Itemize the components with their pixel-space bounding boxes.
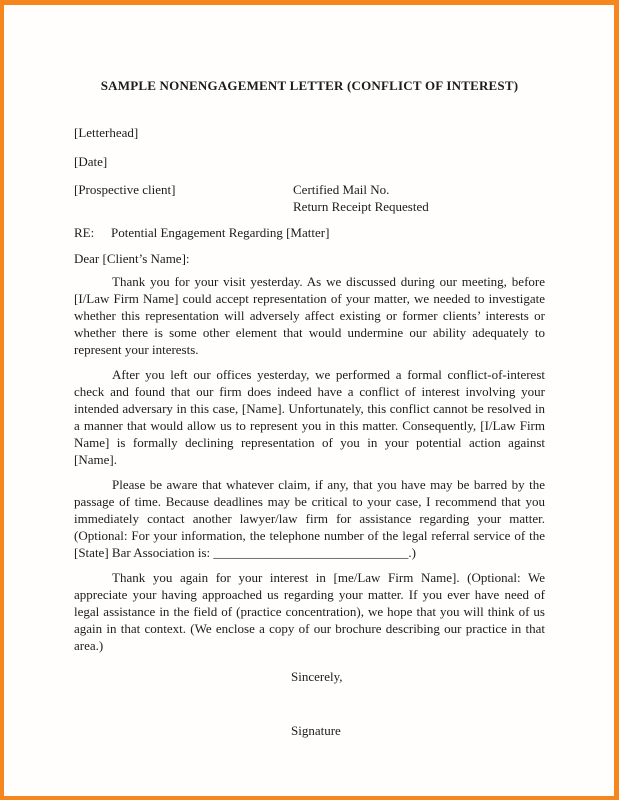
closing-sincerely: Sincerely, — [291, 668, 545, 685]
return-receipt-line: Return Receipt Requested — [293, 198, 545, 215]
letter-page: SAMPLE NONENGAGEMENT LETTER (CONFLICT OF… — [4, 5, 614, 796]
closing-block: Sincerely, Signature — [291, 668, 545, 739]
date-placeholder: [Date] — [74, 153, 545, 170]
body-paragraph: After you left our offices yesterday, we… — [74, 366, 545, 468]
body-paragraph: Please be aware that whatever claim, if … — [74, 476, 545, 561]
recipient-placeholder: [Prospective client] — [74, 181, 175, 198]
body-paragraph: Thank you for your visit yesterday. As w… — [74, 273, 545, 358]
re-subject: Potential Engagement Regarding [Matter] — [111, 224, 329, 241]
re-label: RE: — [74, 224, 111, 241]
salutation: Dear [Client’s Name]: — [74, 250, 545, 267]
signature-label: Signature — [291, 722, 545, 739]
certified-mail-block: Certified Mail No. Return Receipt Reques… — [293, 181, 545, 215]
letter-title: SAMPLE NONENGAGEMENT LETTER (CONFLICT OF… — [74, 77, 545, 94]
document-frame: SAMPLE NONENGAGEMENT LETTER (CONFLICT OF… — [0, 0, 619, 800]
certified-mail-line: Certified Mail No. — [293, 181, 545, 198]
recipient-row: [Prospective client] Certified Mail No. … — [74, 181, 545, 215]
letter-content: SAMPLE NONENGAGEMENT LETTER (CONFLICT OF… — [4, 77, 614, 739]
body-paragraph: Thank you again for your interest in [me… — [74, 569, 545, 654]
letterhead-placeholder: [Letterhead] — [74, 124, 545, 141]
re-line: RE: Potential Engagement Regarding [Matt… — [74, 224, 545, 241]
